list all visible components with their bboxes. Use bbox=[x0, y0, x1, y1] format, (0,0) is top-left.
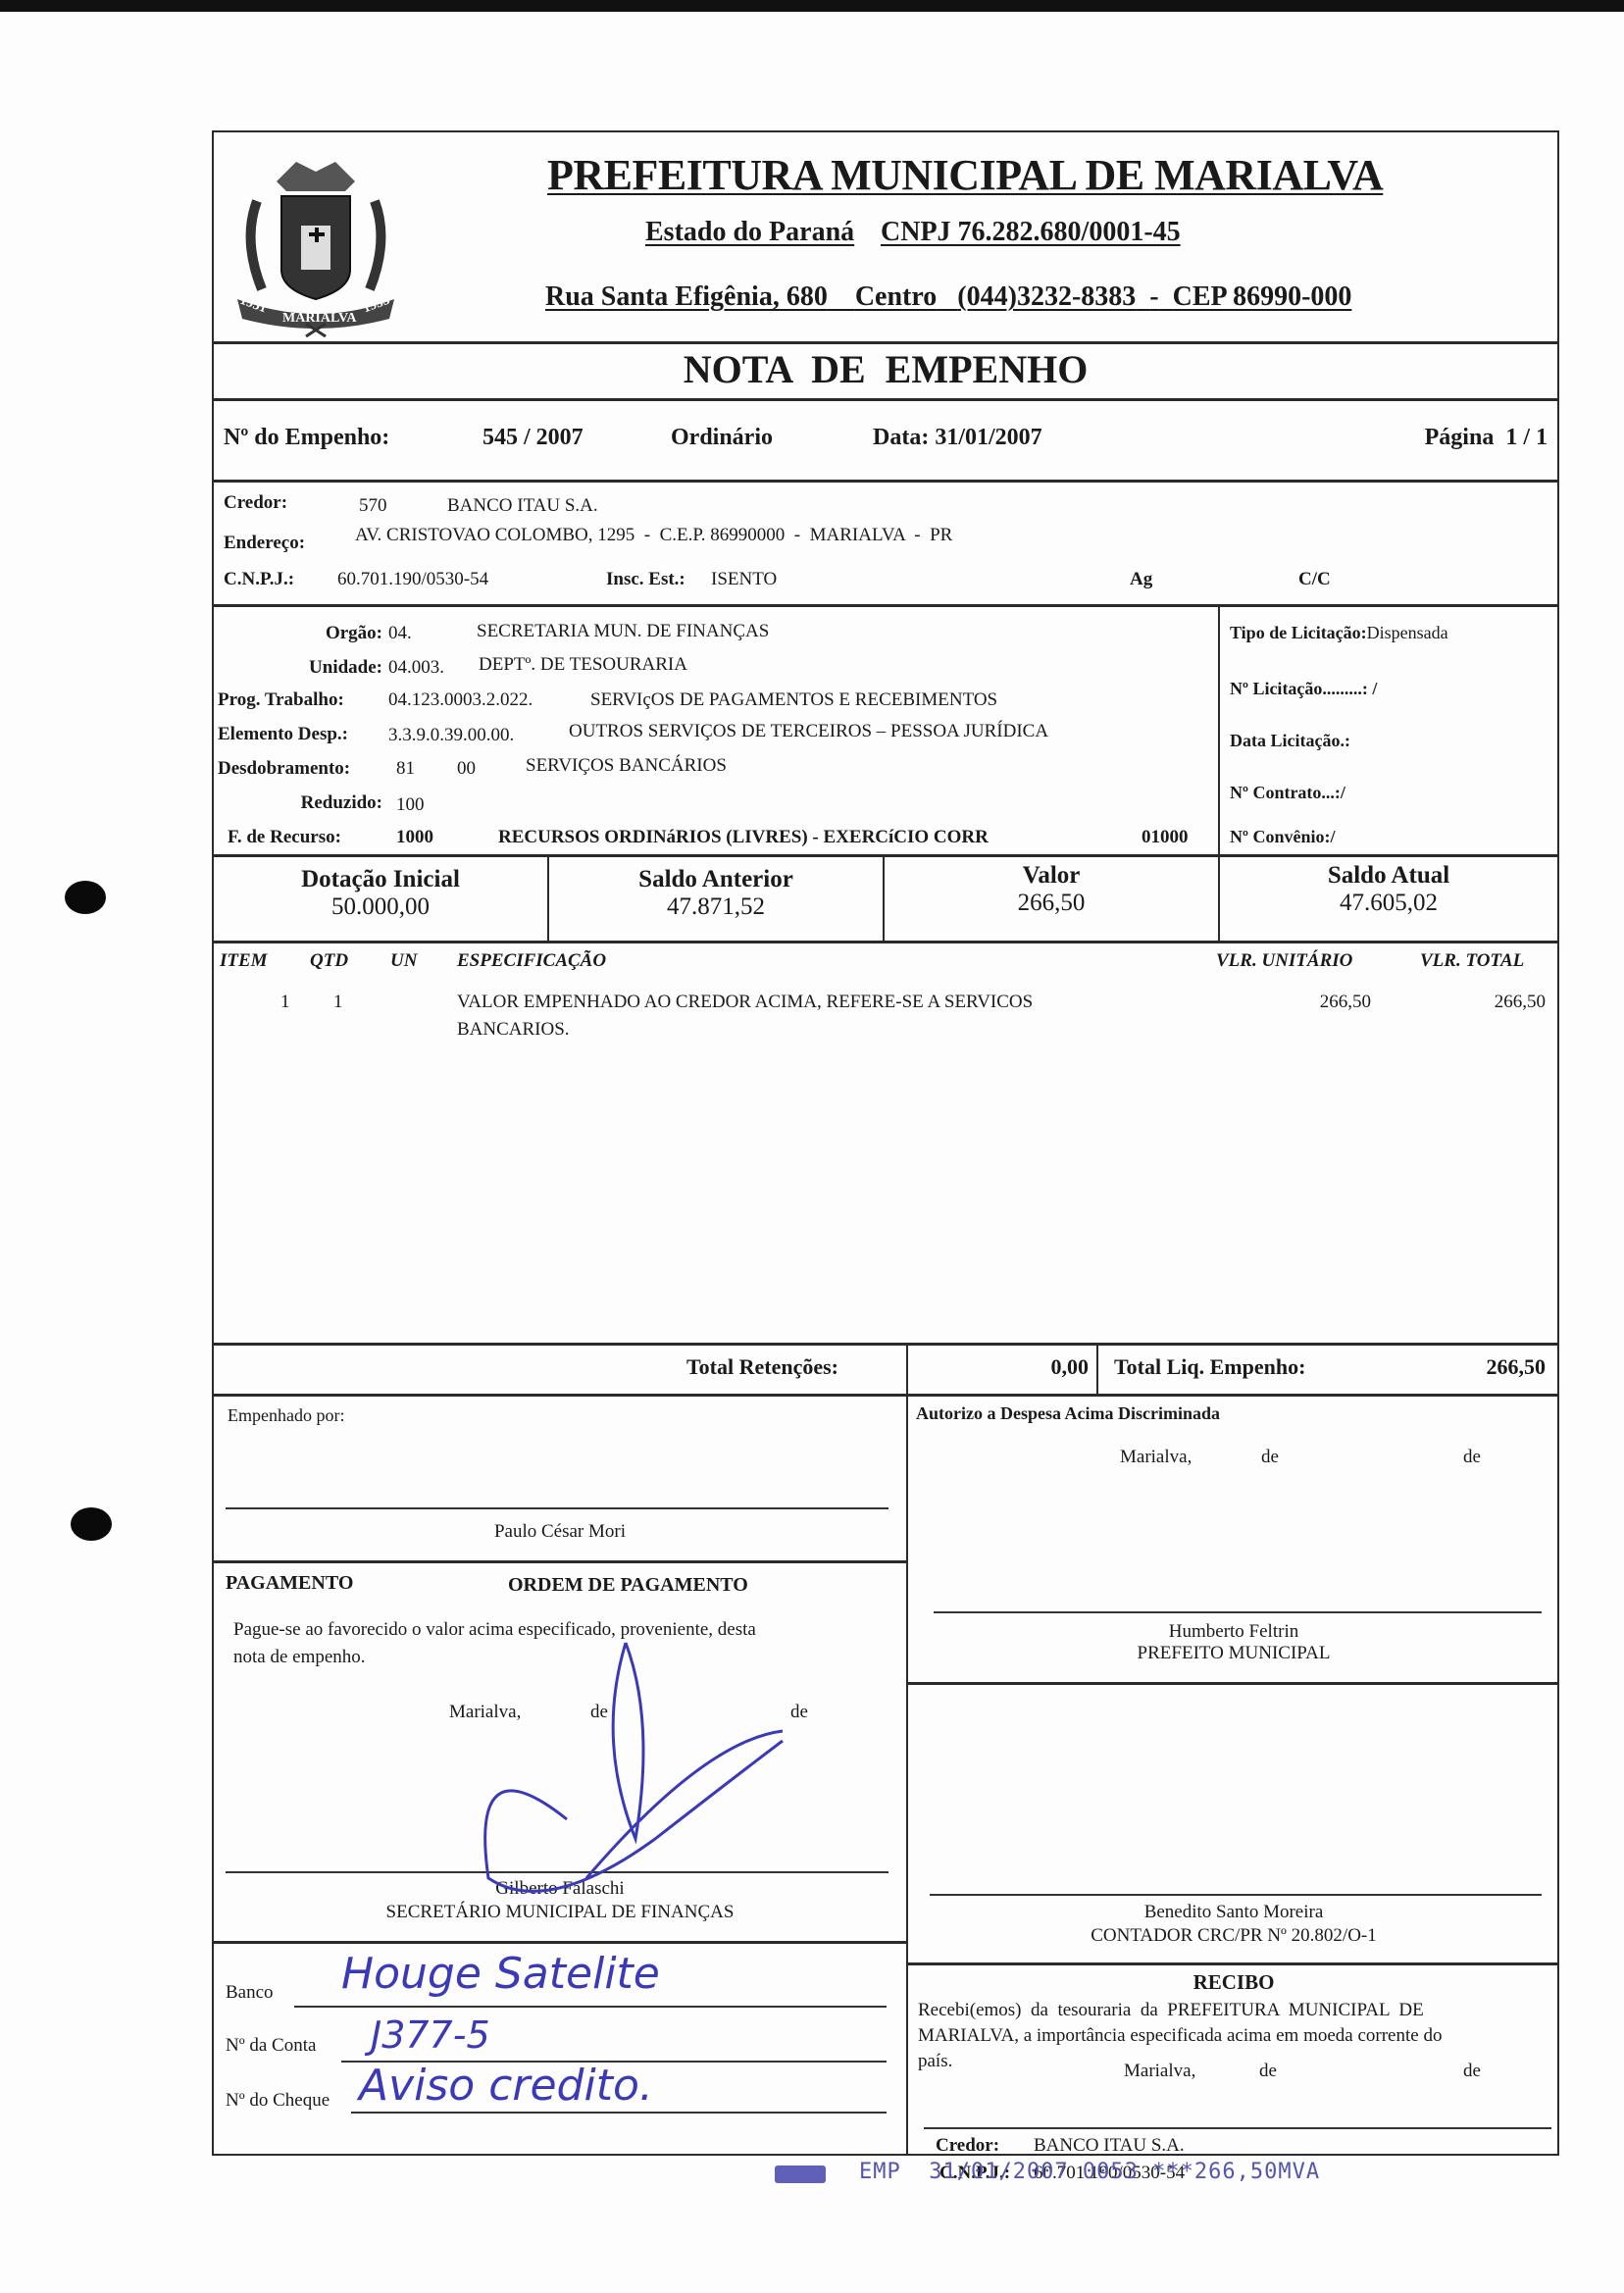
credor-address: AV. CRISTOVAO COLOMBO, 1295 - C.E.P. 869… bbox=[355, 525, 952, 546]
recibo-credor: BANCO ITAU S.A. bbox=[1034, 2135, 1185, 2157]
page-label: Página bbox=[1425, 425, 1495, 450]
street-address: Rua Santa Efigênia, 680 bbox=[545, 281, 828, 312]
balance-value: 47.871,52 bbox=[549, 893, 883, 921]
numero-contrato: Nº Contrato...:/ bbox=[1230, 783, 1345, 803]
credor-label: Credor: bbox=[224, 492, 287, 514]
cc-label: C/C bbox=[1298, 569, 1331, 590]
balance-value: 50.000,00 bbox=[214, 893, 547, 921]
recibo-city: Marialva, bbox=[1124, 2061, 1195, 2082]
col-vlr-total: VLR. TOTAL bbox=[1420, 950, 1524, 972]
empenho-number: 545 / 2007 bbox=[482, 425, 584, 451]
district: Centro bbox=[855, 281, 937, 312]
col-especificacao: ESPECIFICAÇÃO bbox=[457, 950, 606, 972]
balance-saldo-anterior: Saldo Anterior 47.871,52 bbox=[549, 866, 883, 921]
balance-value: 266,50 bbox=[885, 890, 1218, 917]
page-number: 1 / 1 bbox=[1505, 425, 1548, 450]
autorizo-de2: de bbox=[1463, 1447, 1481, 1468]
orgao-desc: SECRETARIA MUN. DE FINANÇAS bbox=[477, 621, 769, 642]
empenhado-por-label: Empenhado por: bbox=[228, 1405, 344, 1426]
prog-desc: SERVIçOS DE PAGAMENTOS E RECEBIMENTOS bbox=[590, 689, 997, 711]
recibo-text-line2: MARIALVA, a importância especificada aci… bbox=[918, 2025, 1442, 2047]
ordem-pagamento-title: ORDEM DE PAGAMENTO bbox=[508, 1574, 748, 1597]
recibo-de1: de bbox=[1259, 2061, 1277, 2082]
nota-empenho-form: 1951 MARIALVA 1953 PREFEITURA MUNICIPAL … bbox=[212, 130, 1559, 2156]
col-item: ITEM bbox=[220, 950, 268, 972]
prog-label: Prog. Trabalho: bbox=[218, 689, 344, 711]
separator: - bbox=[1149, 281, 1158, 312]
scan-top-edge bbox=[0, 0, 1624, 12]
unidade-label: Unidade: bbox=[309, 657, 382, 679]
tipo-licitacao-value: Dispensada bbox=[1367, 623, 1448, 642]
autorizo-role: PREFEITO MUNICIPAL bbox=[908, 1643, 1559, 1664]
credor-cnpj: 60.701.190/0530-54 bbox=[337, 569, 488, 590]
recibo-credor-label: Credor: bbox=[936, 2135, 999, 2157]
col-qtd: QTD bbox=[310, 950, 348, 972]
cell-item: 1 bbox=[280, 992, 290, 1013]
recurso-code2: 01000 bbox=[1142, 827, 1189, 848]
col-vlr-unitario: VLR. UNITÁRIO bbox=[1216, 950, 1352, 972]
banco-value[interactable]: Houge Satelite bbox=[341, 1949, 660, 1999]
balance-saldo-atual: Saldo Atual 47.605,02 bbox=[1220, 862, 1557, 917]
elemento-desc: OUTROS SERVIÇOS DE TERCEIROS – PESSOA JU… bbox=[569, 721, 1048, 742]
punch-hole bbox=[65, 881, 106, 914]
total-liquido-label: Total Liq. Empenho: bbox=[1114, 1354, 1305, 1380]
balance-label: Valor bbox=[885, 862, 1218, 890]
data-licitacao: Data Licitação.: bbox=[1230, 731, 1350, 751]
tipo-licitacao-label: Tipo de Licitação: bbox=[1230, 623, 1367, 642]
autorizo-signer: Humberto Feltrin bbox=[908, 1621, 1559, 1643]
balance-dotacao-inicial: Dotação Inicial 50.000,00 bbox=[214, 866, 547, 921]
cheque-value[interactable]: Aviso credito. bbox=[359, 2061, 653, 2111]
balance-value: 47.605,02 bbox=[1220, 890, 1557, 917]
autorizo-de1: de bbox=[1261, 1447, 1279, 1468]
balance-valor: Valor 266,50 bbox=[885, 862, 1218, 917]
bank-stamp-logo bbox=[775, 2166, 826, 2183]
desdobramento-desc: SERVIÇOS BANCÁRIOS bbox=[526, 755, 727, 777]
elemento-code: 3.3.9.0.39.00.00. bbox=[388, 725, 514, 746]
ag-label: Ag bbox=[1130, 569, 1152, 590]
address-label: Endereço: bbox=[224, 533, 305, 554]
cep: CEP 86990-000 bbox=[1173, 281, 1352, 312]
orgao-code: 04. bbox=[388, 623, 412, 644]
cell-spec-line2: BANCARIOS. bbox=[457, 1019, 570, 1041]
empenho-number-label: Nº do Empenho: bbox=[224, 425, 389, 451]
cell-vlr-total: 266,50 bbox=[1495, 992, 1546, 1013]
table-row: 1 1 VALOR EMPENHADO AO CREDOR ACIMA, REF… bbox=[214, 992, 1557, 1050]
pagamento-label: PAGAMENTO bbox=[226, 1572, 353, 1595]
desdobramento-code2: 00 bbox=[457, 758, 476, 780]
empenhado-signer: Paulo César Mori bbox=[214, 1521, 906, 1543]
recibo-text-line3: país. bbox=[918, 2051, 952, 2072]
reduzido-label: Reduzido: bbox=[301, 792, 382, 814]
numero-convenio: Nº Convênio:/ bbox=[1230, 827, 1335, 847]
date-label: Data: bbox=[873, 425, 929, 450]
insc-value: ISENTO bbox=[711, 569, 777, 590]
total-liquido-value: 266,50 bbox=[1487, 1354, 1547, 1380]
crest-name: MARIALVA bbox=[282, 311, 356, 327]
unidade-desc: DEPTº. DE TESOURARIA bbox=[479, 654, 687, 676]
balance-label: Saldo Anterior bbox=[549, 866, 883, 893]
empenho-type: Ordinário bbox=[671, 425, 773, 451]
cheque-label: Nº do Cheque bbox=[226, 2090, 330, 2112]
desdobramento-code1: 81 bbox=[396, 758, 415, 780]
state-name: Estado do Paraná bbox=[645, 217, 854, 248]
pagamento-text-line2: nota de empenho. bbox=[233, 1647, 366, 1668]
page-indicator: Página 1 / 1 bbox=[1425, 425, 1548, 451]
recurso-desc: RECURSOS ORDINáRIOS (LIVRES) - EXERCíCIO… bbox=[498, 827, 989, 848]
numero-licitacao: Nº Licitação.........: / bbox=[1230, 679, 1377, 699]
contador-role: CONTADOR CRC/PR Nº 20.802/O-1 bbox=[908, 1925, 1559, 1947]
municipal-crest: 1951 MARIALVA 1953 bbox=[218, 142, 414, 338]
recurso-label: F. de Recurso: bbox=[228, 827, 341, 848]
autorizo-label: Autorizo a Despesa Acima Discriminada bbox=[916, 1403, 1220, 1424]
banco-label: Banco bbox=[226, 1982, 274, 2004]
elemento-label: Elemento Desp.: bbox=[218, 724, 348, 745]
unidade-code: 04.003. bbox=[388, 657, 444, 679]
items-table-header: ITEM QTD UN ESPECIFICAÇÃO VLR. UNITÁRIO … bbox=[214, 950, 1557, 980]
document-title: NOTA DE EMPENHO bbox=[214, 346, 1557, 392]
punch-hole bbox=[71, 1507, 112, 1541]
balance-label: Saldo Atual bbox=[1220, 862, 1557, 890]
bank-authentication-stamp: EMP 31/01/2007 0053 ***266,50MVA bbox=[859, 2160, 1320, 2184]
total-retencoes-value: 0,00 bbox=[1051, 1354, 1090, 1380]
tipo-licitacao: Tipo de Licitação:Dispensada bbox=[1230, 623, 1448, 643]
balance-label: Dotação Inicial bbox=[214, 866, 547, 893]
empenho-date: Data: 31/01/2007 bbox=[873, 425, 1042, 451]
conta-label: Nº da Conta bbox=[226, 2035, 316, 2057]
total-retencoes-label: Total Retenções: bbox=[686, 1354, 838, 1380]
orgao-label: Orgão: bbox=[326, 623, 382, 644]
contador-signer: Benedito Santo Moreira bbox=[908, 1902, 1559, 1923]
desdobramento-label: Desdobramento: bbox=[218, 758, 350, 780]
col-un: UN bbox=[390, 950, 417, 972]
date-value: 31/01/2007 bbox=[935, 425, 1041, 450]
secretary-signature-ink bbox=[430, 1623, 822, 1917]
cell-qtd: 1 bbox=[333, 992, 343, 1013]
recibo-text-line1: Recebi(emos) da tesouraria da PREFEITURA… bbox=[918, 2000, 1424, 2021]
municipality-cnpj: CNPJ 76.282.680/0001-45 bbox=[881, 217, 1181, 248]
municipality-address: Rua Santa Efigênia, 680 Centro (044)3232… bbox=[545, 281, 1351, 313]
autorizo-city: Marialva, bbox=[1120, 1447, 1192, 1468]
credor-code: 570 bbox=[359, 495, 387, 517]
reduzido-value: 100 bbox=[396, 794, 425, 816]
recibo-title: RECIBO bbox=[908, 1970, 1559, 1995]
prog-code: 04.123.0003.2.022. bbox=[388, 689, 533, 711]
recurso-code: 1000 bbox=[396, 827, 433, 848]
insc-label: Insc. Est.: bbox=[606, 569, 685, 590]
phone: (044)3232-8383 bbox=[957, 281, 1136, 312]
cell-vlr-unitario: 266,50 bbox=[1320, 992, 1371, 1013]
cell-spec-line1: VALOR EMPENHADO AO CREDOR ACIMA, REFERE-… bbox=[457, 992, 1033, 1013]
conta-value[interactable]: J377-5 bbox=[371, 2013, 490, 2057]
municipality-title: PREFEITURA MUNICIPAL DE MARIALVA bbox=[547, 150, 1383, 200]
cnpj-label: C.N.P.J.: bbox=[224, 569, 294, 590]
credor-name: BANCO ITAU S.A. bbox=[447, 495, 598, 517]
recibo-de2: de bbox=[1463, 2061, 1481, 2082]
